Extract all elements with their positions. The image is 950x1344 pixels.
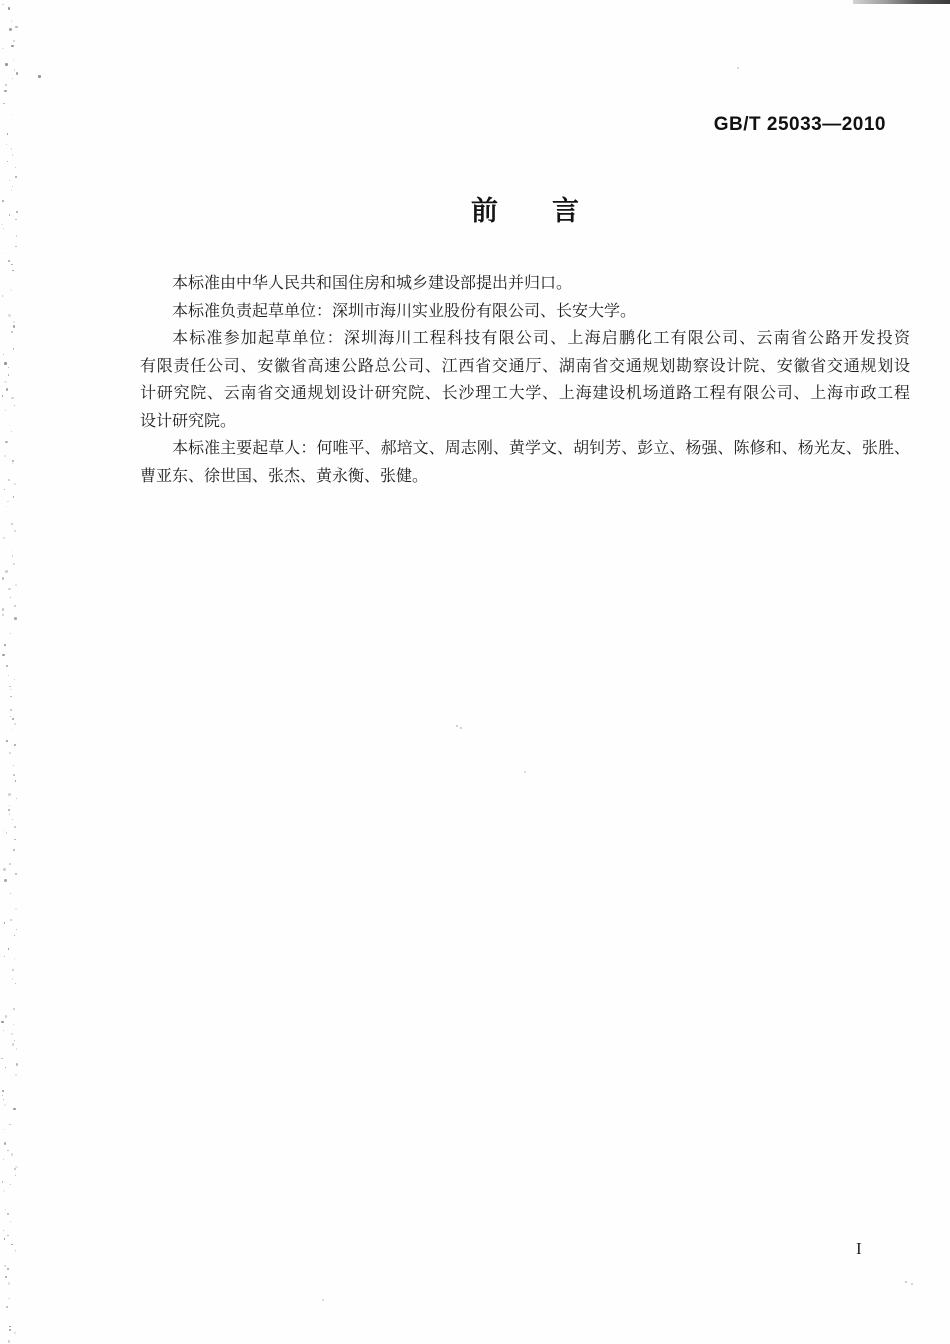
- scan-speck: [12, 729, 14, 731]
- scan-speck: [8, 588, 10, 590]
- scan-speck: [8, 7, 10, 9]
- scan-speck: [2, 608, 4, 610]
- scan-speck: [9, 180, 10, 181]
- foreword-line: 本标准主要起草人：何唯平、郝培文、周志刚、黄学文、胡钊芳、彭立、杨强、陈修和、杨…: [140, 435, 910, 463]
- scan-speck: [9, 805, 10, 806]
- scan-speck: [3, 1030, 4, 1031]
- scan-speck: [5, 441, 8, 444]
- scan-speck: [15, 1166, 17, 1168]
- scan-speck: [7, 1268, 8, 1269]
- scan-speck: [3, 103, 5, 105]
- scan-speck: [3, 1159, 4, 1160]
- scan-speck: [4, 1265, 6, 1267]
- scan-speck: [10, 289, 12, 291]
- scan-speck: [15, 1074, 17, 1076]
- scan-speck: [15, 873, 17, 875]
- scan-speck: [13, 496, 15, 498]
- scan-speck: [9, 1326, 11, 1328]
- scan-speck: [16, 235, 18, 237]
- scan-speck: [10, 919, 12, 921]
- scan-speck: [4, 381, 6, 383]
- scan-speck: [14, 530, 16, 532]
- scan-speck: [15, 1175, 16, 1176]
- scan-speck: [16, 798, 17, 799]
- scan-speck: [12, 1043, 15, 1046]
- scan-speck: [10, 1184, 12, 1186]
- scan-speck: [14, 1040, 15, 1041]
- scan-speck: [10, 893, 11, 894]
- scan-speck: [9, 814, 11, 816]
- scan-speck: [2, 48, 4, 50]
- scan-speck: [8, 314, 10, 316]
- scan-speck: [5, 63, 7, 65]
- foreword-line: 曹亚东、徐世国、张杰、黄永衡、张健。: [140, 463, 910, 491]
- scan-speck: [5, 410, 6, 411]
- scan-speck: [2, 1181, 4, 1183]
- foreword-line: 设计研究院。: [140, 408, 910, 436]
- scan-speck: [15, 26, 17, 28]
- scan-speck: [5, 253, 6, 254]
- scan-speck: [5, 84, 7, 86]
- scan-speck: [12, 463, 13, 464]
- scan-speck: [14, 826, 16, 828]
- scan-speck: [6, 144, 7, 145]
- scan-speck: [12, 819, 13, 820]
- scan-speck: [456, 725, 458, 727]
- scan-speck: [14, 69, 15, 70]
- scan-speck: [11, 264, 12, 265]
- scan-speck: [14, 1332, 16, 1334]
- scan-speck: [2, 200, 4, 202]
- scan-speck: [10, 633, 12, 635]
- scan-speck: [8, 479, 10, 481]
- scan-speck: [12, 718, 14, 720]
- scan-speck: [13, 849, 15, 851]
- scan-speck: [15, 780, 16, 781]
- scan-speck: [12, 154, 14, 156]
- scan-speck: [16, 72, 18, 74]
- scan-speck: [6, 740, 8, 742]
- scan-speck: [14, 679, 15, 680]
- scan-speck: [3, 228, 4, 229]
- scan-speck: [10, 597, 11, 598]
- scan-speck: [2, 614, 4, 616]
- scan-speck: [8, 1340, 10, 1342]
- scan-speck: [4, 489, 5, 490]
- foreword-line: 本标准由中华人民共和国住房和城乡建设部提出并归口。: [140, 270, 910, 298]
- scan-speck: [12, 78, 13, 79]
- scan-speck: [13, 765, 14, 766]
- scan-speck: [15, 246, 17, 248]
- scan-speck: [14, 405, 15, 406]
- scan-speck: [16, 1048, 18, 1050]
- scan-speck: [15, 167, 16, 168]
- scan-speck: [905, 1281, 907, 1283]
- scan-speck: [911, 1283, 913, 1285]
- scan-speck: [7, 501, 9, 503]
- scan-speck: [16, 211, 18, 213]
- scan-speck: [9, 28, 11, 30]
- scan-speck: [2, 295, 3, 296]
- scan-speck: [8, 367, 9, 368]
- scan-speck: [8, 1298, 9, 1299]
- scan-speck: [12, 555, 13, 556]
- scan-speck: [12, 460, 14, 462]
- scan-speck: [15, 1252, 16, 1253]
- scan-speck: [4, 830, 5, 831]
- scan-speck: [4, 956, 5, 957]
- scan-speck: [15, 176, 17, 178]
- foreword-body: 本标准由中华人民共和国住房和城乡建设部提出并归口。 本标准负责起草单位：深圳市海…: [140, 270, 910, 490]
- scan-speck: [5, 468, 6, 469]
- scan-speck: [4, 1129, 5, 1130]
- scan-speck: [7, 1150, 8, 1151]
- foreword-line: 计研究院、云南省交通规划设计研究院、长沙理工大学、上海建设机场道路工程有限公司、…: [140, 380, 910, 408]
- scan-speck: [2, 654, 4, 656]
- scan-speck: [5, 1015, 8, 1018]
- scan-speck: [1, 1058, 2, 1059]
- scan-speck: [11, 550, 12, 551]
- scan-speck: [5, 1067, 6, 1068]
- scan-speck: [38, 75, 41, 78]
- scan-speck: [14, 958, 16, 960]
- scan-speck: [8, 793, 10, 795]
- scan-speck: [14, 744, 16, 746]
- standard-code: GB/T 25033—2010: [714, 114, 886, 136]
- scan-speck: [6, 665, 8, 667]
- scan-speck: [2, 1095, 3, 1096]
- scan-speck: [13, 40, 15, 42]
- foreword-line: 本标准参加起草单位：深圳海川工程科技有限公司、上海启鹏化工有限公司、云南省公路开…: [140, 325, 910, 353]
- scan-speck: [13, 563, 15, 565]
- scan-speck: [10, 716, 11, 717]
- scan-speck: [6, 1306, 8, 1308]
- scan-speck: [6, 388, 8, 390]
- scan-speck: [4, 1104, 6, 1106]
- scan-speck: [7, 1213, 8, 1214]
- foreword-line: 有限责任公司、安徽省高速公路总公司、江西省交通厅、湖南省交通规划勘察设计院、安徽…: [140, 353, 910, 381]
- scan-speck: [6, 506, 7, 507]
- scan-speck: [4, 455, 6, 457]
- scan-speck: [9, 1329, 11, 1331]
- scan-speck: [5, 1209, 6, 1210]
- scan-speck: [7, 133, 9, 135]
- scan-speck: [13, 774, 15, 776]
- scan-speck: [11, 148, 13, 150]
- scan-speck: [14, 935, 15, 936]
- scan-speck: [1, 224, 3, 226]
- scan-speck: [11, 20, 13, 22]
- scan-speck: [8, 1282, 10, 1284]
- scan-speck: [15, 1250, 16, 1251]
- scan-speck: [3, 868, 5, 870]
- scan-speck: [13, 1024, 14, 1025]
- page-title: 前 言: [140, 197, 910, 227]
- scan-speck: [4, 90, 6, 92]
- scan-speck: [2, 577, 4, 579]
- scan-speck: [14, 617, 17, 620]
- scan-speck: [10, 1221, 12, 1223]
- scan-speck: [8, 675, 9, 676]
- scan-speck: [12, 978, 14, 980]
- scan-speck: [13, 348, 15, 350]
- scan-speck: [5, 570, 7, 572]
- scan-speck: [9, 1124, 11, 1126]
- scan-speck: [3, 1099, 4, 1100]
- scan-artifact-top-right: [853, 0, 950, 4]
- scan-speck: [9, 214, 10, 215]
- scan-speck: [5, 1276, 7, 1278]
- scan-speck: [10, 689, 12, 691]
- scan-speck: [6, 832, 8, 834]
- scan-speck: [9, 752, 11, 754]
- scan-speck: [2, 395, 4, 397]
- scan-speck: [13, 59, 14, 60]
- scan-speck: [12, 270, 13, 271]
- scan-speck: [11, 1153, 14, 1156]
- scan-speck: [8, 374, 9, 375]
- scan-speck: [524, 771, 526, 773]
- scan-speck: [4, 1238, 6, 1240]
- scan-speck: [16, 929, 17, 930]
- scan-speck: [9, 863, 11, 865]
- scan-speck: [14, 723, 16, 725]
- scan-speck: [3, 1230, 4, 1231]
- scan-speck: [15, 584, 17, 586]
- scan-speck: [11, 431, 12, 432]
- scan-speck: [13, 321, 15, 323]
- scan-speck: [8, 260, 10, 262]
- scan-speck: [13, 1108, 16, 1111]
- scan-speck: [4, 879, 6, 881]
- scan-speck: [15, 219, 16, 220]
- scan-speck: [14, 839, 15, 840]
- scan-speck: [9, 686, 10, 687]
- scan-speck: [8, 809, 10, 811]
- scan-speck: [3, 354, 4, 355]
- scan-speck: [322, 1299, 324, 1301]
- scan-speck: [4, 1142, 6, 1144]
- scanned-standard-page: { "header": { "standard_code": "GB/T 250…: [0, 0, 950, 1344]
- scan-speck: [7, 161, 8, 162]
- scan-speck: [3, 1190, 5, 1192]
- scan-speck: [2, 4, 3, 5]
- scan-speck: [11, 397, 13, 399]
- scan-speck: [3, 537, 5, 539]
- scan-speck: [14, 1168, 16, 1170]
- scan-speck: [13, 1008, 16, 1011]
- scan-speck: [12, 186, 13, 187]
- scan-speck: [9, 425, 10, 426]
- scan-speck: [737, 67, 739, 69]
- scan-speck: [1, 1021, 4, 1024]
- scan-speck: [10, 709, 12, 711]
- scan-speck: [11, 190, 13, 192]
- scan-speck: [11, 331, 13, 333]
- scan-speck: [2, 1090, 4, 1092]
- scan-speck: [8, 948, 9, 949]
- scan-speck: [4, 644, 6, 646]
- scan-speck: [11, 45, 13, 47]
- scan-speck: [11, 1033, 13, 1035]
- scan-speck: [13, 34, 14, 35]
- foreword-line: 本标准负责起草单位：深圳市海川实业股份有限公司、长安大学。: [140, 298, 910, 326]
- page-number: I: [856, 1239, 862, 1259]
- scan-speck: [14, 605, 16, 607]
- scan-speck: [16, 1063, 18, 1065]
- scan-speck: [15, 983, 16, 984]
- scan-speck: [4, 922, 5, 923]
- scan-speck: [12, 969, 14, 971]
- scan-speck: [460, 727, 462, 729]
- scan-speck: [4, 362, 6, 364]
- scan-speck: [10, 696, 11, 697]
- scan-speck: [13, 325, 15, 327]
- scan-speck: [15, 908, 17, 910]
- scan-speck: [11, 1244, 12, 1245]
- scan-speck: [7, 1235, 8, 1236]
- scan-speck: [14, 483, 16, 485]
- scan-speck: [11, 523, 13, 525]
- scan-speck: [12, 114, 13, 115]
